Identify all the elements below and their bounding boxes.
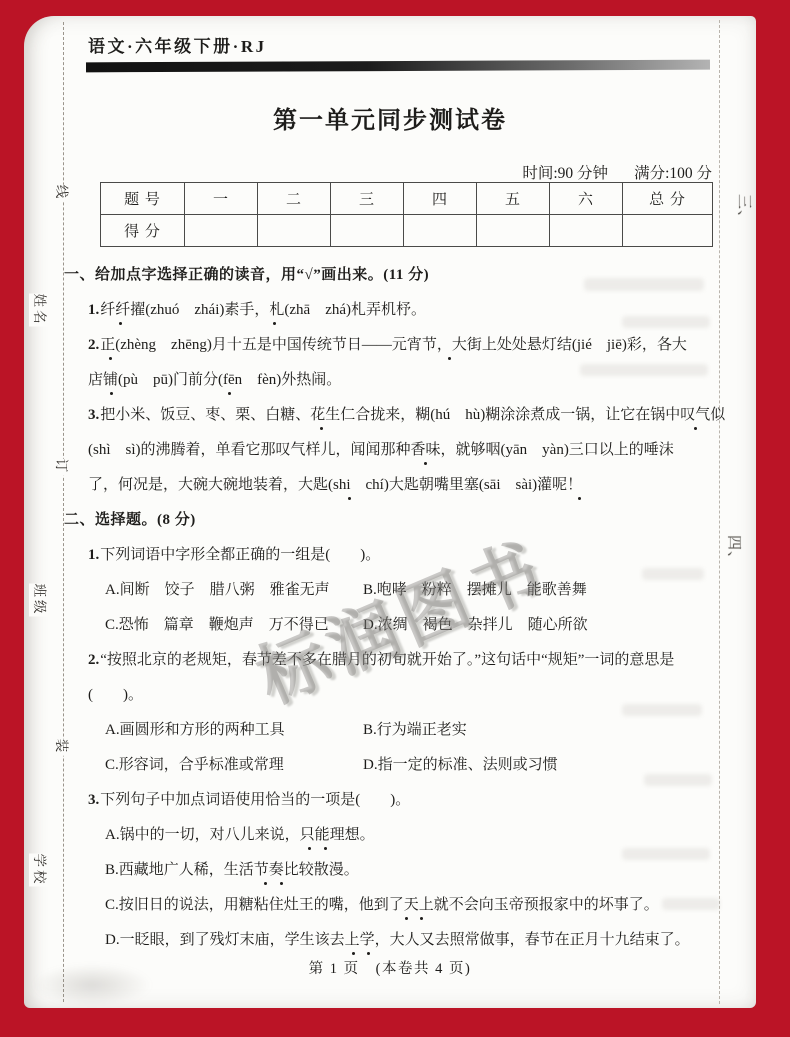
- table-col-6: 六: [550, 183, 623, 215]
- emphasis-dot: [109, 357, 112, 360]
- score-table: 题 号 一 二 三 四 五 六 总 分 得 分: [100, 182, 713, 247]
- emphasis-dot: [273, 322, 276, 325]
- full-score: 满分:100 分: [634, 165, 712, 182]
- emphasis-dot: [348, 497, 351, 500]
- emphasis-dot: [320, 427, 323, 430]
- emphasis-dot: [448, 357, 451, 360]
- question-text: ( )。: [88, 687, 143, 703]
- score-cell: [623, 215, 713, 247]
- option-b: B.咆哮 粉粹 摆摊儿 能歌善舞: [363, 573, 587, 608]
- school-label: 学校: [29, 854, 53, 887]
- table-col-3: 三: [331, 183, 404, 215]
- option-line-a: A.锅中的一切，对八儿来说，只能理想。: [105, 818, 728, 853]
- score-cell: [258, 215, 331, 247]
- question-text: 店铺(pù pū)门前分(fēn fèn)外热闹。: [88, 372, 341, 388]
- question-number: 1.: [88, 547, 99, 563]
- score-cell: [185, 215, 258, 247]
- question-number: 1.: [88, 302, 99, 318]
- option-line-b: B.西藏地广人稀，生活节奏比较散漫。: [105, 853, 728, 888]
- emphasis-dot: [420, 917, 423, 920]
- student-name-label: 姓名: [29, 294, 53, 327]
- option-text: C.按旧日的说法，用糖粘住灶王的嘴，他到了天上就不会向玉帝预报家中的坏事了。: [105, 897, 659, 913]
- table-col-5: 五: [477, 183, 550, 215]
- book-cover: 语文·六年级下册·RJ 第一单元同步测试卷 时间:90 分钟满分:100 分 题…: [0, 0, 790, 1037]
- binding-label-line: 线: [51, 185, 75, 202]
- question-line: 2.正(zhèng zhēng)月十五是中国传统节日——元宵节，大街上处处悬灯结…: [88, 328, 728, 363]
- section-2-heading: 二、选择题。(8 分): [64, 503, 728, 538]
- question-number: 2.: [88, 652, 99, 668]
- emphasis-dot: [694, 427, 697, 430]
- question-line: ( )。: [88, 678, 728, 713]
- option-a: A.间断 饺子 腊八粥 雅雀无声: [105, 573, 363, 608]
- page-number-footer: 第 1 页 (本卷共 4 页): [24, 957, 756, 978]
- question-line: 店铺(pù pū)门前分(fēn fèn)外热闹。: [88, 363, 728, 398]
- emphasis-dot: [578, 497, 581, 500]
- option-d: D.浓绸 褐色 杂拌儿 随心所欲: [363, 608, 588, 643]
- question-text: 了，何况是，大碗大碗地装着，大匙(shi chí)大匙朝嘴里塞(sāi sài)…: [88, 477, 582, 493]
- option-row: A.间断 饺子 腊八粥 雅雀无声 B.咆哮 粉粹 摆摊儿 能歌善舞: [105, 573, 728, 608]
- option-line-d: D.一眨眼，到了残灯末庙，学生该去上学，大人又去照常做事，春节在正月十九结束了。: [105, 923, 728, 958]
- question-number: 3.: [88, 407, 99, 423]
- question-line: 3.下列句子中加点词语使用恰当的一项是( )。: [88, 783, 728, 818]
- question-line: 了，何况是，大碗大碗地装着，大匙(shi chí)大匙朝嘴里塞(sāi sài)…: [88, 468, 728, 503]
- emphasis-dot: [280, 882, 283, 885]
- question-line: 3.把小米、饭豆、枣、栗、白糖、花生仁合拢来，糊(hú hù)糊涂涂煮成一锅，让…: [88, 398, 728, 433]
- emphasis-dot: [324, 847, 327, 850]
- option-row: C.形容词，合乎标准或常理 D.指一定的标准、法则或习惯: [105, 748, 728, 783]
- question-line: 1.下列词语中字形全都正确的一组是( )。: [88, 538, 728, 573]
- emphasis-dot: [405, 917, 408, 920]
- option-text: A.锅中的一切，对八儿来说，只能理想。: [105, 827, 375, 843]
- binding-label-bind: 装: [51, 739, 75, 756]
- paper-body: 一、给加点字选择正确的读音，用“√”画出来。(11 分) 1.纤纤擢(zhuó …: [64, 258, 728, 958]
- question-text: 下列词语中字形全都正确的一组是( )。: [100, 547, 380, 563]
- table-col-2: 二: [258, 183, 331, 215]
- option-text: B.西藏地广人稀，生活节奏比较散漫。: [105, 862, 359, 878]
- test-paper-page: 语文·六年级下册·RJ 第一单元同步测试卷 时间:90 分钟满分:100 分 题…: [24, 16, 756, 1008]
- option-a: A.画圆形和方形的两种工具: [105, 713, 363, 748]
- class-label: 班级: [29, 584, 53, 617]
- question-text: 纤纤擢(zhuó zhái)素手，札(zhā zhá)札弄机杼。: [100, 302, 426, 318]
- score-cell: [550, 215, 623, 247]
- option-c: C.形容词，合乎标准或常理: [105, 748, 363, 783]
- score-cell: [477, 215, 550, 247]
- option-d: D.指一定的标准、法则或习惯: [363, 748, 558, 783]
- score-row-label: 得 分: [101, 215, 185, 247]
- table-col-total: 总 分: [623, 183, 713, 215]
- option-b: B.行为端正老实: [363, 713, 467, 748]
- section-1-heading: 一、给加点字选择正确的读音，用“√”画出来。(11 分): [64, 258, 728, 293]
- question-text: 正(zhèng zhēng)月十五是中国传统节日——元宵节，大街上处处悬灯结(j…: [100, 337, 687, 353]
- emphasis-dot: [264, 882, 267, 885]
- emphasis-dot: [228, 392, 231, 395]
- question-text: “按照北京的老规矩，春节差不多在腊月的初旬就开始了。”这句话中“规矩”一词的意思…: [100, 652, 674, 668]
- emphasis-dot: [424, 462, 427, 465]
- question-line: (shì sì)的沸腾着，单看它那叹气样儿，闻闻那种香味，就够咽(yān yàn…: [88, 433, 728, 468]
- score-table-score-row: 得 分: [101, 215, 713, 247]
- bleed-marker-section-4: 四、: [725, 535, 746, 567]
- binding-dashed-line-left: [63, 22, 64, 1002]
- question-number: 3.: [88, 792, 99, 808]
- score-cell: [331, 215, 404, 247]
- emphasis-dot: [367, 952, 370, 955]
- paper-title: 第一单元同步测试卷: [24, 100, 756, 135]
- question-text: 下列句子中加点词语使用恰当的一项是( )。: [100, 792, 410, 808]
- binding-label-staple: 订: [51, 459, 75, 476]
- table-corner-cell: 题 号: [101, 183, 185, 215]
- option-row: A.画圆形和方形的两种工具 B.行为端正老实: [105, 713, 728, 748]
- option-line-c: C.按旧日的说法，用糖粘住灶王的嘴，他到了天上就不会向玉帝预报家中的坏事了。: [105, 888, 728, 923]
- score-table-header-row: 题 号 一 二 三 四 五 六 总 分: [101, 183, 713, 215]
- option-c: C.恐怖 篇章 鞭炮声 万不得已: [105, 608, 363, 643]
- time-limit: 时间:90 分钟: [522, 165, 608, 182]
- question-text: 把小米、饭豆、枣、栗、白糖、花生仁合拢来，糊(hú hù)糊涂涂煮成一锅，让它在…: [100, 407, 725, 423]
- emphasis-dot: [110, 392, 113, 395]
- emphasis-dot: [119, 322, 122, 325]
- header-rule: [86, 60, 710, 73]
- question-line: 1.纤纤擢(zhuó zhái)素手，札(zhā zhá)札弄机杼。: [88, 293, 728, 328]
- table-col-4: 四: [404, 183, 477, 215]
- time-score-line: 时间:90 分钟满分:100 分: [522, 161, 712, 183]
- bleed-marker-section-3: 三、: [735, 194, 756, 226]
- binding-dashed-line-right: [719, 20, 720, 1004]
- score-cell: [404, 215, 477, 247]
- emphasis-dot: [308, 847, 311, 850]
- table-col-1: 一: [185, 183, 258, 215]
- question-number: 2.: [88, 337, 99, 353]
- edition-label: 语文·六年级下册·RJ: [88, 32, 267, 57]
- option-text: D.一眨眼，到了残灯末庙，学生该去上学，大人又去照常做事，春节在正月十九结束了。: [105, 932, 690, 948]
- option-row: C.恐怖 篇章 鞭炮声 万不得已 D.浓绸 褐色 杂拌儿 随心所欲: [105, 608, 728, 643]
- question-line: 2.“按照北京的老规矩，春节差不多在腊月的初旬就开始了。”这句话中“规矩”一词的…: [88, 643, 728, 678]
- emphasis-dot: [352, 952, 355, 955]
- question-text: (shì sì)的沸腾着，单看它那叹气样儿，闻闻那种香味，就够咽(yān yàn…: [88, 442, 674, 458]
